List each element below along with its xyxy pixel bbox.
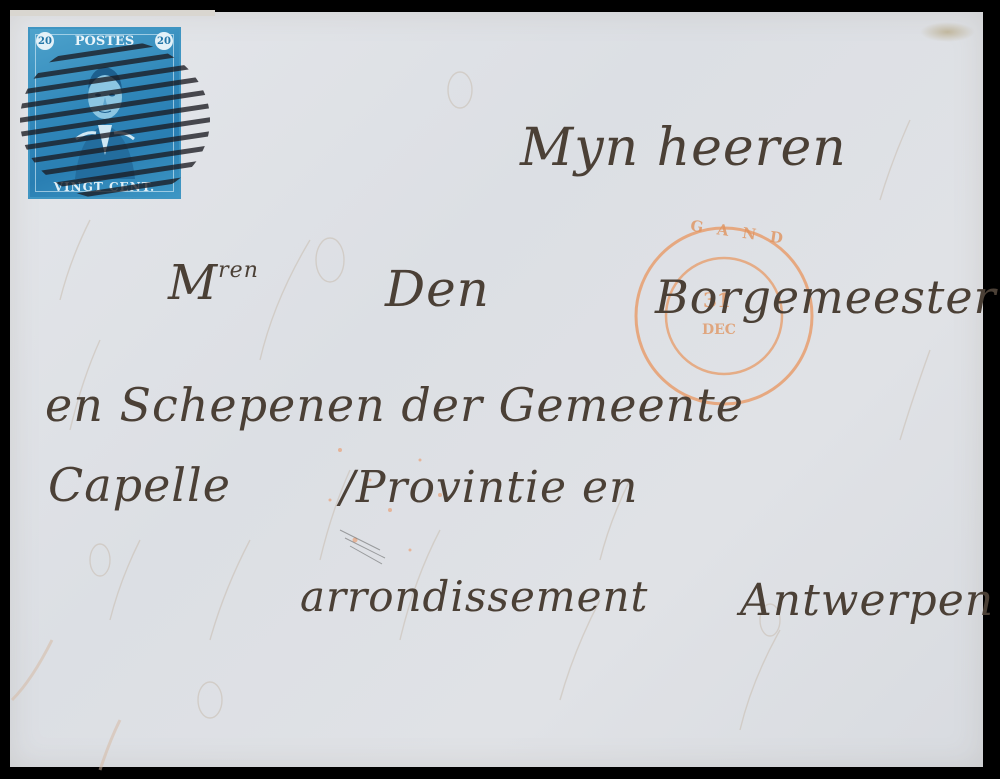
stamp-top-band: 20 POSTES 20 <box>30 31 179 51</box>
salutation-line: Myn heeren <box>520 118 847 178</box>
address-title: Mren <box>168 255 259 311</box>
address-word-borgemeester: Borgemeester <box>655 270 997 324</box>
address-title-letter: M <box>168 255 218 311</box>
king-portrait-icon <box>70 59 140 179</box>
address-title-superscript: ren <box>218 258 259 283</box>
stamp-top-label: POSTES <box>75 34 134 49</box>
address-line-schepenen: en Schepenen der Gemeente <box>45 378 744 432</box>
postmark-month: DEC <box>702 322 736 338</box>
address-arrondissement: arrondissement <box>300 572 648 621</box>
address-province: /Provintie en <box>340 462 638 513</box>
address-antwerpen: Antwerpen <box>740 575 994 626</box>
address-place: Capelle <box>48 458 231 512</box>
envelope-flap-edge <box>10 10 215 16</box>
stamp-bottom-label: VINGT CENT. <box>30 180 179 194</box>
paper-stain <box>920 22 975 42</box>
postage-stamp: 20 POSTES 20 VINGT CENT. <box>28 27 181 199</box>
stamp-value-right: 20 <box>155 32 173 50</box>
stamp-value-left: 20 <box>36 32 54 50</box>
address-word-den: Den <box>385 260 490 318</box>
